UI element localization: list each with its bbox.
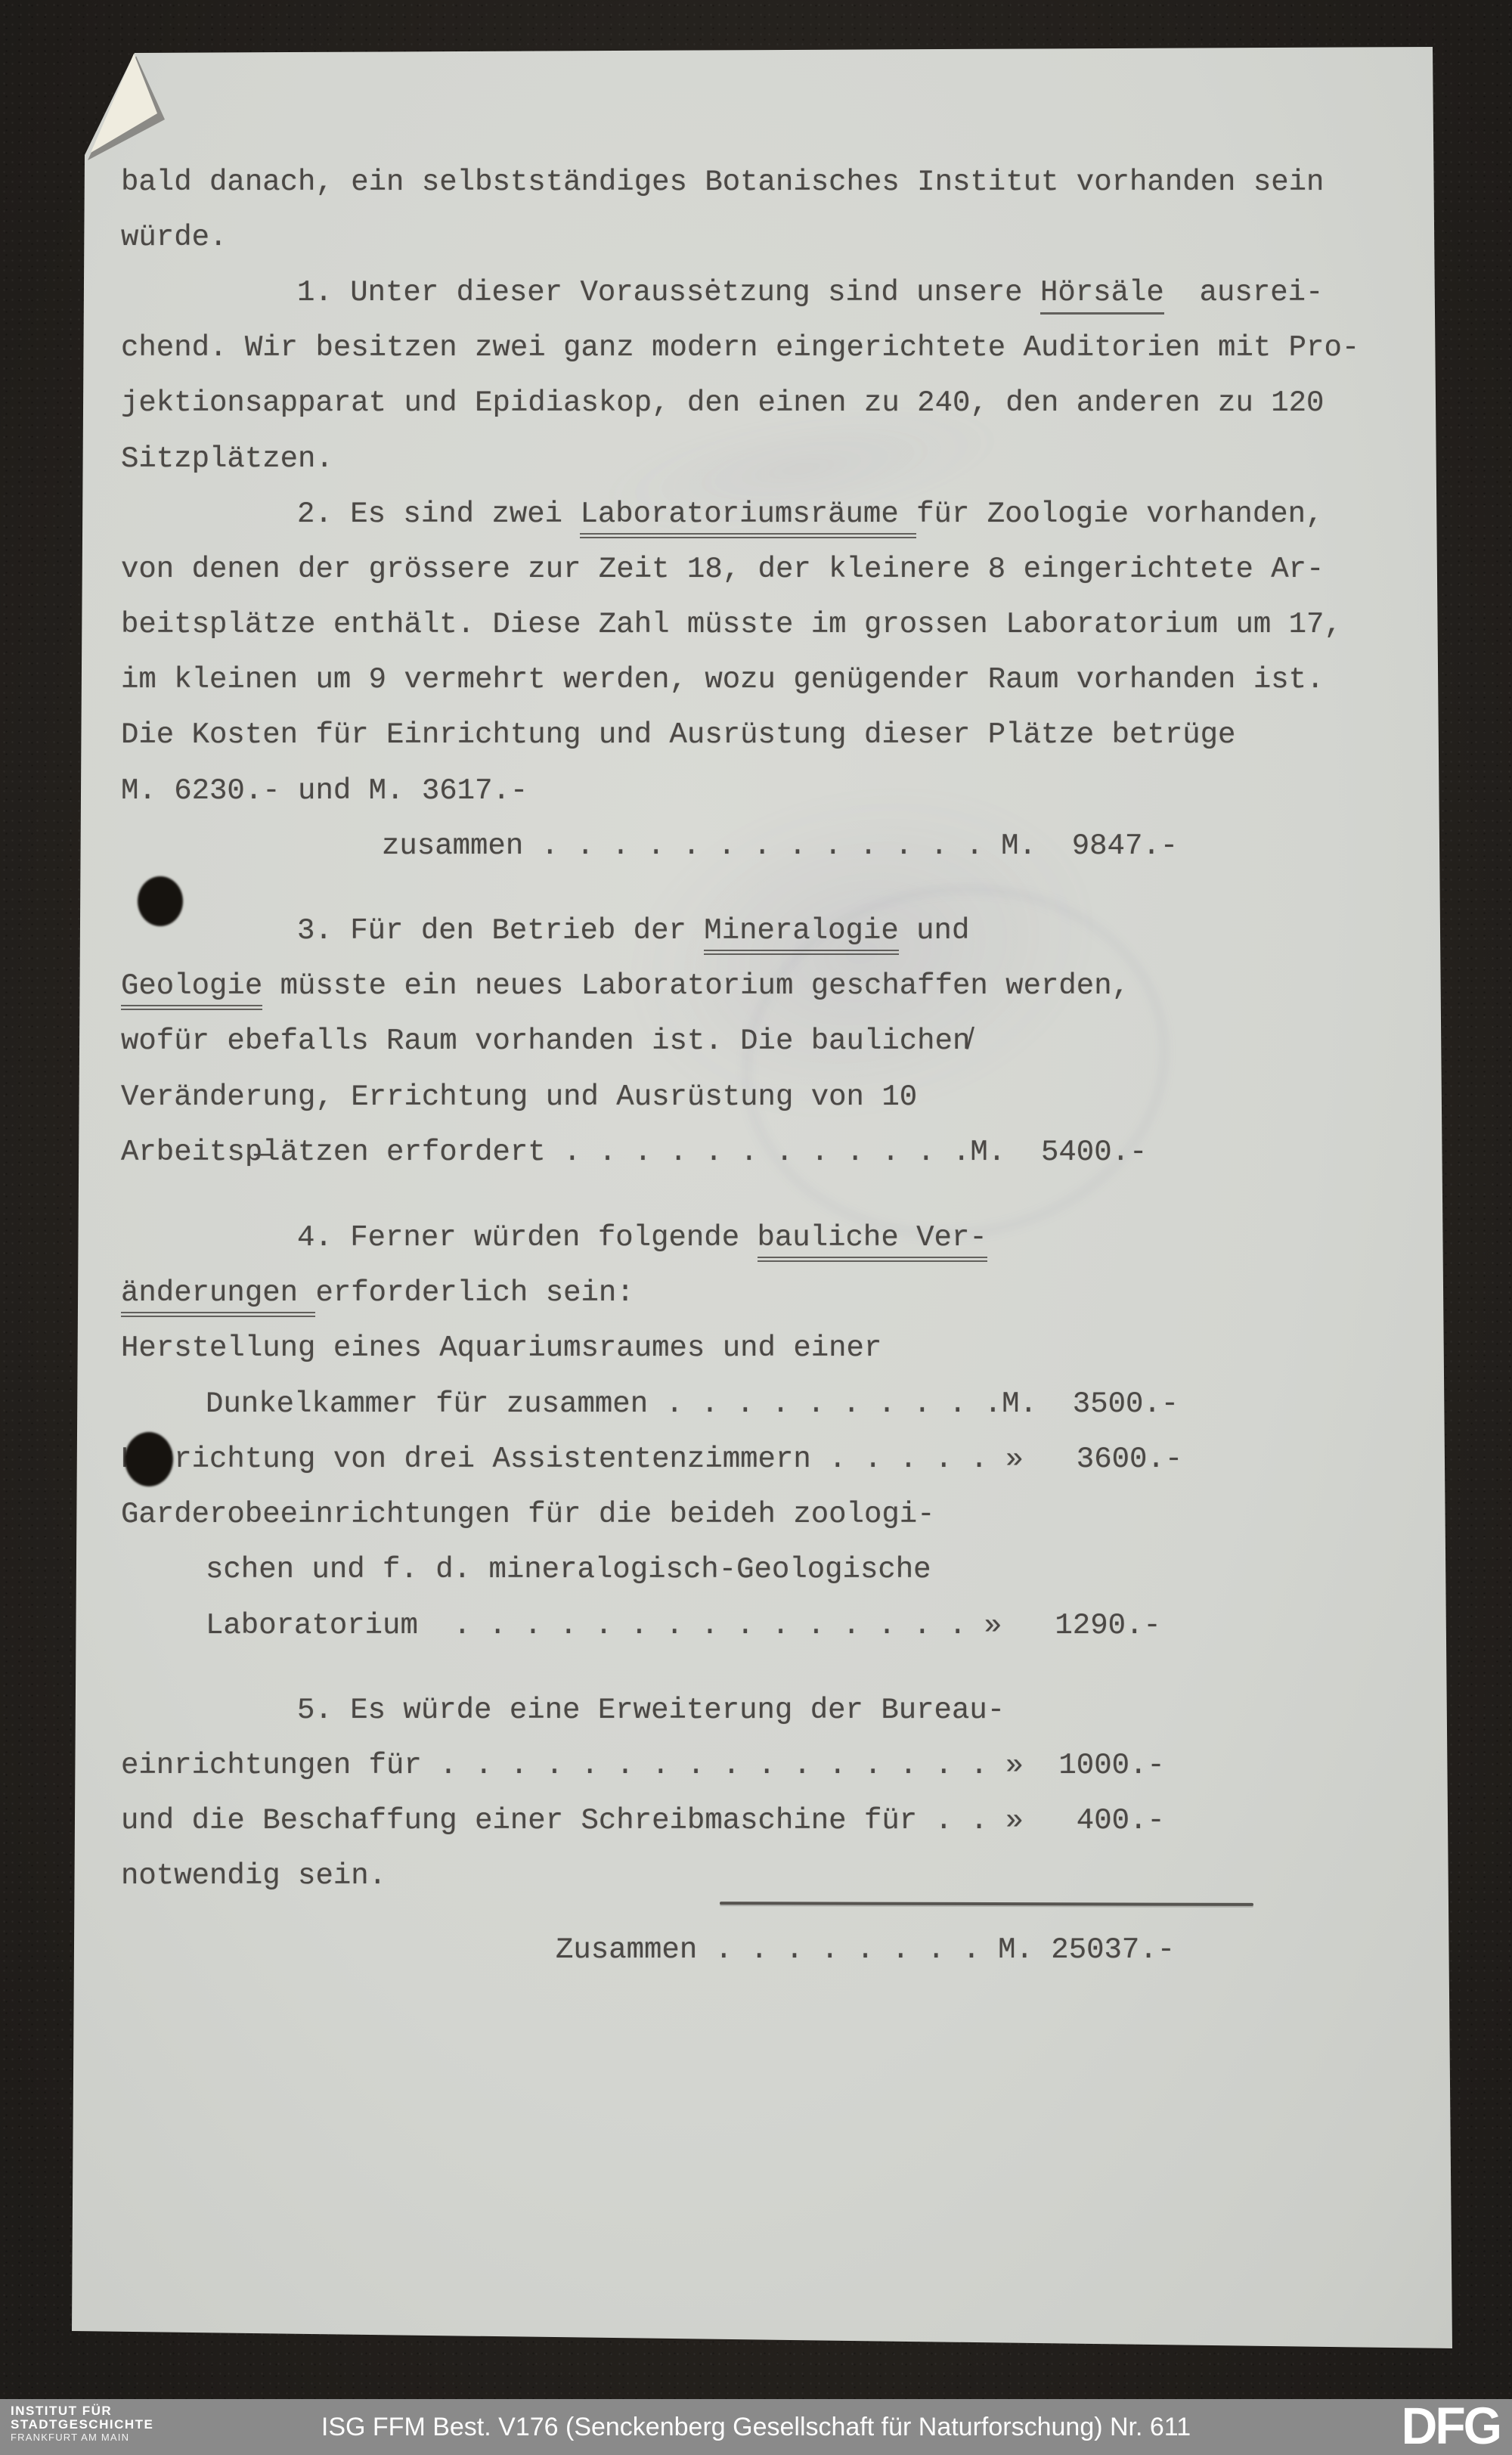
doc-line-26-seg-1: Laboratorium . . . . . . . . . . . . . .… [206,1609,1161,1642]
doc-line-16-seg-1: wofür ebefalls Raum vorhanden ist. Die b… [121,1024,970,1058]
doc-line-27: 5. Es würde eine Erweiterung der Bureau- [297,1696,1005,1725]
doc-line-3-seg-2: Hörsäle [1040,276,1164,315]
doc-line-21-seg-1: Herstellung eines Aquariumsraumes und ei… [121,1331,881,1365]
doc-line-12-seg-1: M. 6230.- und M. 3617.- [121,774,528,807]
doc-line-30: notwendig sein. [121,1861,386,1891]
archive-reference-text: ISG FFM Best. V176 (Senckenberg Gesellsc… [0,2399,1512,2455]
doc-line-9: beitsplätze enthält. Diese Zahl müsste i… [121,610,1342,640]
doc-line-11: Die Kosten für Einrichtung und Ausrüstun… [121,721,1235,750]
doc-line-10: im kleinen um 9 vermehrt werden, wozu ge… [121,665,1324,695]
doc-line-12: M. 6230.- und M. 3617.- [121,776,528,806]
doc-line-13: zusammen . . . . . . . . . . . . . M. 98… [382,832,1178,861]
doc-line-19-seg-1: 4. Ferner würden folgende [297,1221,758,1254]
doc-line-4: chend. Wir besitzen zwei ganz modern ein… [121,333,1359,363]
doc-line-7-seg-2: Laboratoriumsräume [580,498,916,538]
doc-line-10-seg-1: im kleinen um 9 vermehrt werden, wozu ge… [121,663,1324,696]
doc-line-31: Zusammen . . . . . . . . M. 25037.- [556,1936,1175,1965]
doc-line-14-seg-1: 3. Für den Betrieb der [297,914,704,947]
doc-line-20-seg-1: änderungen [121,1276,315,1317]
doc-line-2: würde. [121,223,227,253]
doc-line-26: Laboratorium . . . . . . . . . . . . . .… [206,1611,1161,1641]
doc-line-21: Herstellung eines Aquariumsraumes und ei… [121,1334,881,1363]
doc-line-20: änderungen erforderlich sein: [121,1279,634,1308]
doc-line-28: einrichtungen für . . . . . . . . . . . … [121,1751,1165,1781]
doc-line-3: 1. Unter dieser Voraussėtzung sind unser… [297,278,1323,308]
doc-line-15-seg-2: müsste ein neues Laboratorium geschaffen… [262,969,1129,1003]
doc-line-22: Dunkelkammer für zusammen . . . . . . . … [206,1390,1179,1419]
doc-line-7: 2. Es sind zwei Laboratoriumsräume für Z… [297,500,1323,529]
doc-line-15-seg-1: Geologie [121,969,262,1010]
doc-line-16: wofür ebefalls Raum vorhanden ist. Die b… [121,1027,970,1056]
punch-hole-1 [138,876,183,926]
doc-line-31-seg-1: Zusammen . . . . . . . . M. 25037.- [556,1933,1175,1967]
doc-line-29-seg-1: und die Beschaffung einer Schreibmaschin… [121,1804,1165,1837]
doc-line-25-seg-1: schen und f. d. mineralogisch-Geologisch… [206,1553,931,1586]
doc-line-19-seg-2: bauliche Ver- [758,1221,987,1262]
doc-line-27-seg-1: 5. Es würde eine Erweiterung der Bureau- [297,1694,1005,1727]
doc-line-3-seg-1: 1. Unter dieser Voraussėtzung sind unser… [297,276,1040,309]
doc-line-11-seg-1: Die Kosten für Einrichtung und Ausrüstun… [121,718,1235,752]
doc-line-1-seg-1: bald danach, ein selbstständiges Botanis… [121,166,1324,199]
doc-line-3-seg-3: ausrei- [1164,276,1324,309]
doc-line-23-seg-1: Herrichtung von drei Assistentenzimmern … [121,1443,1182,1476]
doc-line-13-seg-1: zusammen . . . . . . . . . . . . . M. 98… [382,829,1178,863]
doc-line-20-seg-2: erforderlich sein: [315,1276,634,1310]
doc-line-30-seg-1: notwendig sein. [121,1859,386,1892]
doc-line-14-seg-3: und [899,914,970,947]
doc-line-23: Herrichtung von drei Assistentenzimmern … [121,1445,1182,1474]
doc-line-24-seg-1: Garderobeeinrichtungen für die beideh zo… [121,1498,935,1531]
doc-line-5-seg-1: jektionsapparat und Epidiaskop, den eine… [121,386,1324,420]
doc-line-6-seg-1: Sitzplätzen. [121,442,333,476]
doc-line-28-seg-1: einrichtungen für . . . . . . . . . . . … [121,1749,1165,1782]
doc-line-7-seg-3: für Zoologie vorhanden, [916,498,1323,531]
doc-line-17-seg-1: Veränderung, Errichtung und Ausrüstung v… [121,1080,917,1114]
dfg-logo: DFG [1402,2397,1500,2455]
punch-hole-2 [125,1432,173,1486]
doc-line-6: Sitzplätzen. [121,445,333,474]
doc-line-15: Geologie müsste ein neues Laboratorium g… [121,972,1129,1001]
doc-line-29: und die Beschaffung einer Schreibmaschin… [121,1806,1165,1836]
doc-line-14-seg-2: Mineralogie [704,914,898,955]
doc-line-8: von denen der grössere zur Zeit 18, der … [121,555,1324,584]
doc-line-24: Garderobeeinrichtungen für die beideh zo… [121,1500,935,1530]
doc-line-1: bald danach, ein selbstständiges Botanis… [121,168,1324,197]
doc-line-14: 3. Für den Betrieb der Mineralogie und [297,916,969,946]
doc-line-4-seg-1: chend. Wir besitzen zwei ganz modern ein… [121,331,1359,364]
doc-line-2-seg-1: würde. [121,221,227,254]
doc-line-5: jektionsapparat und Epidiaskop, den eine… [121,389,1324,418]
doc-line-25: schen und f. d. mineralogisch-Geologisch… [206,1555,931,1585]
archive-footer-bar: INSTITUT FÜR STADTGESCHICHTE FRANKFURT A… [0,2399,1512,2455]
doc-line-9-seg-1: beitsplätze enthält. Diese Zahl müsste i… [121,608,1342,641]
doc-line-22-seg-1: Dunkelkammer für zusammen . . . . . . . … [206,1387,1179,1421]
scanned-document-page: bald danach, ein selbstständiges Botanis… [0,0,1512,2455]
doc-line-17: Veränderung, Errichtung und Ausrüstung v… [121,1083,917,1112]
doc-line-19: 4. Ferner würden folgende bauliche Ver- [297,1223,987,1253]
doc-line-18: Arbeitsp̶lätzen erfordert . . . . . . . … [121,1138,1147,1167]
doc-line-8-seg-1: von denen der grössere zur Zeit 18, der … [121,553,1324,586]
doc-line-7-seg-1: 2. Es sind zwei [297,498,580,531]
doc-line-18-seg-1: Arbeitsp̶lätzen erfordert . . . . . . . … [121,1136,1147,1169]
